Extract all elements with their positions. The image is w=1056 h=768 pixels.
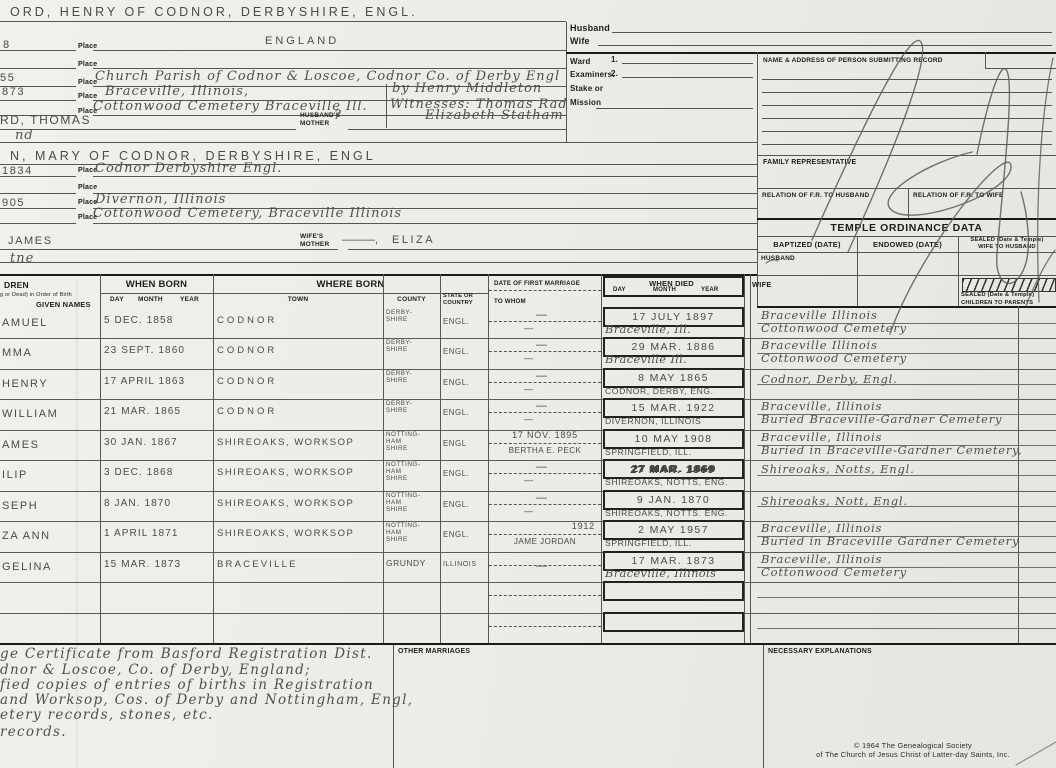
rule-line <box>757 445 1056 446</box>
sealed-wife-header2: WIFE TO HUSBAND <box>958 244 1056 250</box>
wifes-mother-label: WIFE'S <box>300 233 323 240</box>
marriage-dash: — <box>524 353 535 363</box>
rule-line <box>908 188 909 218</box>
place-label: Place <box>78 184 97 191</box>
child-county: DERBY- SHIRE <box>386 309 412 323</box>
child-died-date: 8 MAY 1865 <box>638 372 709 384</box>
wife-edge-fragment: tne <box>10 251 34 266</box>
child-name: ILIP <box>2 469 28 481</box>
rule-line <box>489 351 601 352</box>
rule-line <box>757 52 758 306</box>
child-died-place: SHIREOAKS, NOTTS, ENG. <box>605 477 728 487</box>
source-note: fied copies of entries of births in Regi… <box>0 677 374 693</box>
child-row-empty <box>0 613 1056 644</box>
pen-stroke <box>812 40 923 252</box>
rule-line <box>0 142 757 143</box>
died-month-header: MONTH <box>653 287 676 293</box>
child-burial: Braceville Illinois <box>761 308 878 322</box>
rule-line <box>763 645 764 768</box>
rule-line <box>985 52 986 68</box>
rule-line <box>0 68 76 69</box>
rule-line <box>0 262 757 263</box>
rule-line <box>757 188 1056 189</box>
town-header: TOWN <box>213 296 383 303</box>
died-date-box: 2 MAY 1957 <box>603 520 744 540</box>
wife-label: Wife <box>570 36 590 46</box>
state-header: STATE OR <box>443 293 473 299</box>
rule-line <box>762 105 1052 106</box>
child-died-place: Braceville Ill. <box>605 352 687 366</box>
necessary-explanations-label: NECESSARY EXPLANATIONS <box>768 648 872 655</box>
rule-line <box>762 92 1052 93</box>
child-town: SHIREOAKS, WORKSOP <box>217 437 354 448</box>
rule-line <box>0 100 76 101</box>
child-born: 1 APRIL 1871 <box>104 528 179 539</box>
rule-line <box>489 412 601 413</box>
rule-line <box>757 475 1056 476</box>
marriage-dash: — <box>536 461 549 473</box>
husband-label: Husband <box>570 23 610 33</box>
rule-line <box>757 218 1056 220</box>
died-date-box: 27 MAR. 1869 <box>603 459 744 479</box>
rule-line <box>348 249 757 250</box>
rule-line <box>489 290 601 291</box>
marriage-dash: — <box>524 414 535 424</box>
child-row-1: AMUEL 5 DEC. 1858 CODNOR DERBY- SHIRE EN… <box>0 308 1056 339</box>
child-row-7: SEPH 8 JAN. 1870 SHIREOAKS, WORKSOP NOTT… <box>0 491 1056 522</box>
rule-line <box>0 249 338 250</box>
child-state: ENGL. <box>443 317 469 326</box>
rule-line <box>0 86 76 87</box>
child-died-place: DIVERNON, ILLINOIS <box>605 416 701 426</box>
husband-mother-mark: ? <box>334 108 342 123</box>
rule-line <box>566 52 1056 54</box>
source-note: ge Certificate from Basford Registration… <box>0 646 373 662</box>
rule-line <box>0 176 76 177</box>
child-name: MMA <box>2 347 32 359</box>
children-header-fragment: DREN <box>4 280 29 290</box>
wife-death-place: Divernon, Illinois <box>95 192 226 207</box>
child-name: AMES <box>2 439 40 451</box>
child-state: ILLINOIS <box>443 561 477 568</box>
rule-line <box>757 384 1056 385</box>
marriage-dash: — <box>524 475 535 485</box>
submitter-box-label: NAME & ADDRESS OF PERSON SUBMITTING RECO… <box>763 57 943 64</box>
child-county: DERBY- SHIRE <box>386 370 412 384</box>
marriage-dash: — <box>524 384 535 394</box>
child-burial: Braceville, Illinois <box>761 399 882 413</box>
child-died-place: SPRINGFIELD, ILL. <box>605 538 692 548</box>
marriage-dash: — <box>536 560 549 572</box>
relation-fr-wife-label: RELATION OF F.R. TO WIFE <box>913 192 1004 199</box>
died-date-box: 15 MAR. 1922 <box>603 398 744 418</box>
child-town: SHIREOAKS, WORKSOP <box>217 498 354 509</box>
child-name: ZA ANN <box>2 530 51 542</box>
rule-line <box>93 176 757 177</box>
rule-line <box>762 118 1052 119</box>
child-born: 21 MAR. 1865 <box>104 406 181 417</box>
rule-line <box>757 506 1056 507</box>
rule-line <box>596 108 753 109</box>
died-day-header: DAY <box>613 287 626 293</box>
rule-line <box>100 293 488 294</box>
child-marriage-to: JAME JORDAN <box>489 537 601 546</box>
rule-line <box>757 155 1056 156</box>
rule-line <box>757 414 1056 415</box>
child-town: CODNOR <box>217 376 277 387</box>
rule-line <box>857 236 858 306</box>
wife-mother: ELIZA <box>392 234 435 246</box>
child-burial: Braceville, Illinois <box>761 521 882 535</box>
child-died-date: 9 JAN. 1870 <box>637 494 710 506</box>
child-name: HENRY <box>2 378 48 390</box>
died-date-box: 8 MAY 1865 <box>603 368 744 388</box>
child-died-date: 10 MAY 1908 <box>634 433 712 445</box>
rule-line <box>762 79 1052 80</box>
rule-line <box>348 129 566 130</box>
child-name: GELINA <box>2 561 52 573</box>
copyright-line: © 1964 The Genealogical Society <box>770 741 1056 750</box>
rule-line <box>958 236 959 306</box>
child-born: 5 DEC. 1858 <box>104 315 173 326</box>
day-header: DAY <box>110 296 124 303</box>
child-county: NOTTING- HAM SHIRE <box>386 431 420 452</box>
died-year-header: YEAR <box>701 287 718 293</box>
child-county: NOTTING- HAM SHIRE <box>386 461 420 482</box>
rule-line <box>757 567 1056 568</box>
sealed-wife-header: SEALED (Date & Temple) <box>958 237 1056 243</box>
where-born-header: WHERE BORN <box>213 279 488 290</box>
marriage-dash: — <box>536 339 549 351</box>
died-date-box: 9 JAN. 1870 <box>603 490 744 510</box>
temple-husband-row-label: HUSBAND <box>761 255 795 262</box>
child-county: GRUNDY <box>386 560 426 567</box>
husband-father: RD, THOMAS <box>0 113 91 127</box>
source-note: and Worksop, Cos. of Derby and Nottingha… <box>0 692 413 708</box>
examiner-2-label: 2. <box>611 69 618 78</box>
child-name: AMUEL <box>2 317 48 329</box>
marriage-dash: — <box>536 492 549 504</box>
child-town: SHIREOAKS, WORKSOP <box>217 467 354 478</box>
pen-stroke <box>1038 58 1053 302</box>
child-died-date: 2 MAY 1957 <box>638 524 709 536</box>
child-died-place: SPRINGFIELD, ILL. <box>605 447 692 457</box>
rule-line <box>757 536 1056 537</box>
marriage-dash: — <box>524 506 535 516</box>
rule-line <box>762 144 1052 145</box>
child-town: CODNOR <box>217 406 277 417</box>
child-row-5: AMES 30 JAN. 1867 SHIREOAKS, WORKSOP NOT… <box>0 430 1056 461</box>
child-row-2: MMA 23 SEPT. 1860 CODNOR DERBY- SHIRE EN… <box>0 338 1056 370</box>
rule-line <box>0 208 76 209</box>
rule-line <box>93 223 757 224</box>
husband-death-place: Braceville, Illinois, <box>105 84 249 99</box>
marriage-dash: — <box>536 370 549 382</box>
child-burial: Shireoaks, Notts, Engl. <box>761 462 915 476</box>
marriage-dash: — <box>536 400 549 412</box>
rule-line <box>489 473 601 474</box>
died-date-box <box>603 612 744 632</box>
rule-line <box>0 223 76 224</box>
child-marriage-date: 1912 <box>489 521 601 531</box>
child-born: 15 MAR. 1873 <box>104 559 181 570</box>
wife-mother-dash: ———, <box>342 234 378 246</box>
child-row-9: GELINA 15 MAR. 1873 BRACEVILLE GRUNDY IL… <box>0 552 1056 583</box>
child-row-6: ILIP 3 DEC. 1868 SHIREOAKS, WORKSOP NOTT… <box>0 460 1056 492</box>
marriage-dash: — <box>524 323 535 333</box>
husband-name: ORD, HENRY OF CODNOR, DERBYSHIRE, ENGL. <box>10 5 418 19</box>
rule-line <box>93 50 566 51</box>
rule-line <box>622 77 753 78</box>
hatched-area <box>962 278 1056 292</box>
rule-line <box>757 323 1056 324</box>
child-county: DERBY- SHIRE <box>386 339 412 353</box>
rule-line <box>612 32 1052 33</box>
source-note: dnor & Loscoe, Co. of Derby, England; <box>0 662 311 678</box>
rule-line <box>0 50 76 51</box>
wife-column-header: WIFE <box>752 280 772 289</box>
rule-line <box>566 22 567 142</box>
rule-line <box>762 131 1052 132</box>
wife-father: JAMES <box>8 235 53 247</box>
month-header: MONTH <box>138 296 163 303</box>
stake-label: Stake or <box>570 84 603 93</box>
first-marriage-header: DATE OF FIRST MARRIAGE <box>494 280 580 287</box>
child-state: ENGL. <box>443 378 469 387</box>
relation-fr-husband-label: RELATION OF F.R. TO HUSBAND <box>762 192 869 199</box>
child-state: ENGL. <box>443 500 469 509</box>
husband-married-by: by Henry Middleton <box>392 81 542 96</box>
rule-line <box>0 21 566 22</box>
child-row-3: HENRY 17 APRIL 1863 CODNOR DERBY- SHIRE … <box>0 369 1056 400</box>
child-name: WILLIAM <box>2 408 58 420</box>
rule-line <box>985 68 1056 69</box>
child-name: SEPH <box>2 500 38 512</box>
children-header-subtitle: g or Dead) in Order of Birth <box>0 292 72 298</box>
copyright-line: of The Church of Jesus Christ of Latter-… <box>770 750 1056 759</box>
rule-line <box>489 626 601 627</box>
rule-line <box>489 382 601 383</box>
baptized-header: BAPTIZED (DATE) <box>757 240 857 249</box>
wife-birth-place: Codnor Derbyshire Engl. <box>95 161 282 176</box>
child-county: NOTTING- HAM SHIRE <box>386 492 420 513</box>
child-born: 3 DEC. 1868 <box>104 467 173 478</box>
other-marriages-label: OTHER MARRIAGES <box>398 648 470 655</box>
husband-mother: Elizabeth Statham <box>425 108 564 123</box>
husband-marriage-year: 55 <box>0 72 15 84</box>
husband-death-year: 873 <box>2 86 25 98</box>
rule-line <box>386 84 387 128</box>
child-town: CODNOR <box>217 345 277 356</box>
child-died-place: CODNOR, DERBY, ENG. <box>605 386 714 396</box>
marriage-dash: — <box>536 309 549 321</box>
child-burial: Braceville, Illinois <box>761 552 882 566</box>
child-row-4: WILLIAM 21 MAR. 1865 CODNOR DERBY- SHIRE… <box>0 399 1056 431</box>
family-representative-label: FAMILY REPRESENTATIVE <box>763 159 856 166</box>
place-label: Place <box>78 43 97 50</box>
died-date-box <box>603 581 744 601</box>
child-state: ENGL. <box>443 530 469 539</box>
husbands-mother-label: MOTHER <box>300 120 329 127</box>
child-died-place: Braceville, Illinois <box>605 566 716 580</box>
child-died-date-overwritten: 27 MAR. 1869 <box>631 463 716 475</box>
rule-line <box>757 628 1056 629</box>
rule-line <box>489 534 601 535</box>
child-marriage-date: 17 NOV. 1895 <box>489 430 601 440</box>
child-born: 17 APRIL 1863 <box>104 376 185 387</box>
rule-line <box>489 565 601 566</box>
rule-line <box>622 63 753 64</box>
child-born: 30 JAN. 1867 <box>104 437 178 448</box>
child-state: ENGL <box>443 439 467 448</box>
child-died-date: 15 MAR. 1922 <box>632 402 716 414</box>
examiner-1-label: 1. <box>611 55 618 64</box>
rule-line <box>489 321 601 322</box>
source-note: records. <box>0 724 67 740</box>
wifes-mother-label: MOTHER <box>300 241 329 248</box>
child-town: CODNOR <box>217 315 277 326</box>
ward-label: Ward <box>570 57 591 66</box>
wife-burial-place: Cottonwood Cemetery, Braceville Illinois <box>93 206 402 221</box>
temple-ordinance-title: TEMPLE ORDINANCE DATA <box>757 222 1056 234</box>
child-county: DERBY- SHIRE <box>386 400 412 414</box>
when-born-header: WHEN BORN <box>100 279 213 290</box>
rule-line <box>757 275 1056 276</box>
family-group-record-scan: ORD, HENRY OF CODNOR, DERBYSHIRE, ENGL. … <box>0 0 1056 768</box>
child-town: SHIREOAKS, WORKSOP <box>217 528 354 539</box>
rule-line <box>598 45 1052 46</box>
child-row-empty <box>0 582 1056 614</box>
died-date-box: 10 MAY 1908 <box>603 429 744 449</box>
husband-edge-fragment: nd <box>15 128 34 143</box>
child-row-8: ZA ANN 1 APRIL 1871 SHIREOAKS, WORKSOP N… <box>0 521 1056 553</box>
rule-line <box>489 504 601 505</box>
examiners-label: Examiners: <box>570 70 615 79</box>
county-header: COUNTY <box>383 296 440 303</box>
child-born: 23 SEPT. 1860 <box>104 345 185 356</box>
child-state: ENGL. <box>443 469 469 478</box>
child-county: NOTTING- HAM SHIRE <box>386 522 420 543</box>
sealed-children-header: SEALED (Date & Temple) <box>961 292 1034 298</box>
when-died-header-box: WHEN DIED DAY MONTH YEAR <box>603 276 744 297</box>
endowed-header: ENDOWED (DATE) <box>857 240 958 249</box>
child-marriage-to: BERTHA E. PECK <box>489 446 601 455</box>
child-state: ENGL. <box>443 408 469 417</box>
child-burial: Braceville, Illinois <box>761 430 882 444</box>
husband-birth-place: ENGLAND <box>265 35 339 47</box>
child-town: BRACEVILLE <box>217 559 298 570</box>
child-died-place: SHIREOAKS, NOTTS. ENG. <box>605 508 728 518</box>
rule-line <box>757 252 1056 253</box>
rule-line <box>489 443 601 444</box>
state-header2: COUNTRY <box>443 300 473 306</box>
child-burial: Braceville Illinois <box>761 338 878 352</box>
place-label: Place <box>78 61 97 68</box>
child-died-place: Braceville, Ill. <box>605 322 691 336</box>
rule-line <box>757 353 1056 354</box>
mission-label: Mission <box>570 98 601 107</box>
rule-line <box>0 643 1056 645</box>
rule-line <box>0 193 76 194</box>
source-note: etery records, stones, etc. <box>0 707 214 723</box>
rule-line <box>757 597 1056 598</box>
child-born: 8 JAN. 1870 <box>104 498 171 509</box>
rule-line <box>489 595 601 596</box>
rule-line <box>0 129 296 130</box>
year-header: YEAR <box>180 296 199 303</box>
child-state: ENGL. <box>443 347 469 356</box>
to-whom-header: TO WHOM <box>494 298 526 305</box>
